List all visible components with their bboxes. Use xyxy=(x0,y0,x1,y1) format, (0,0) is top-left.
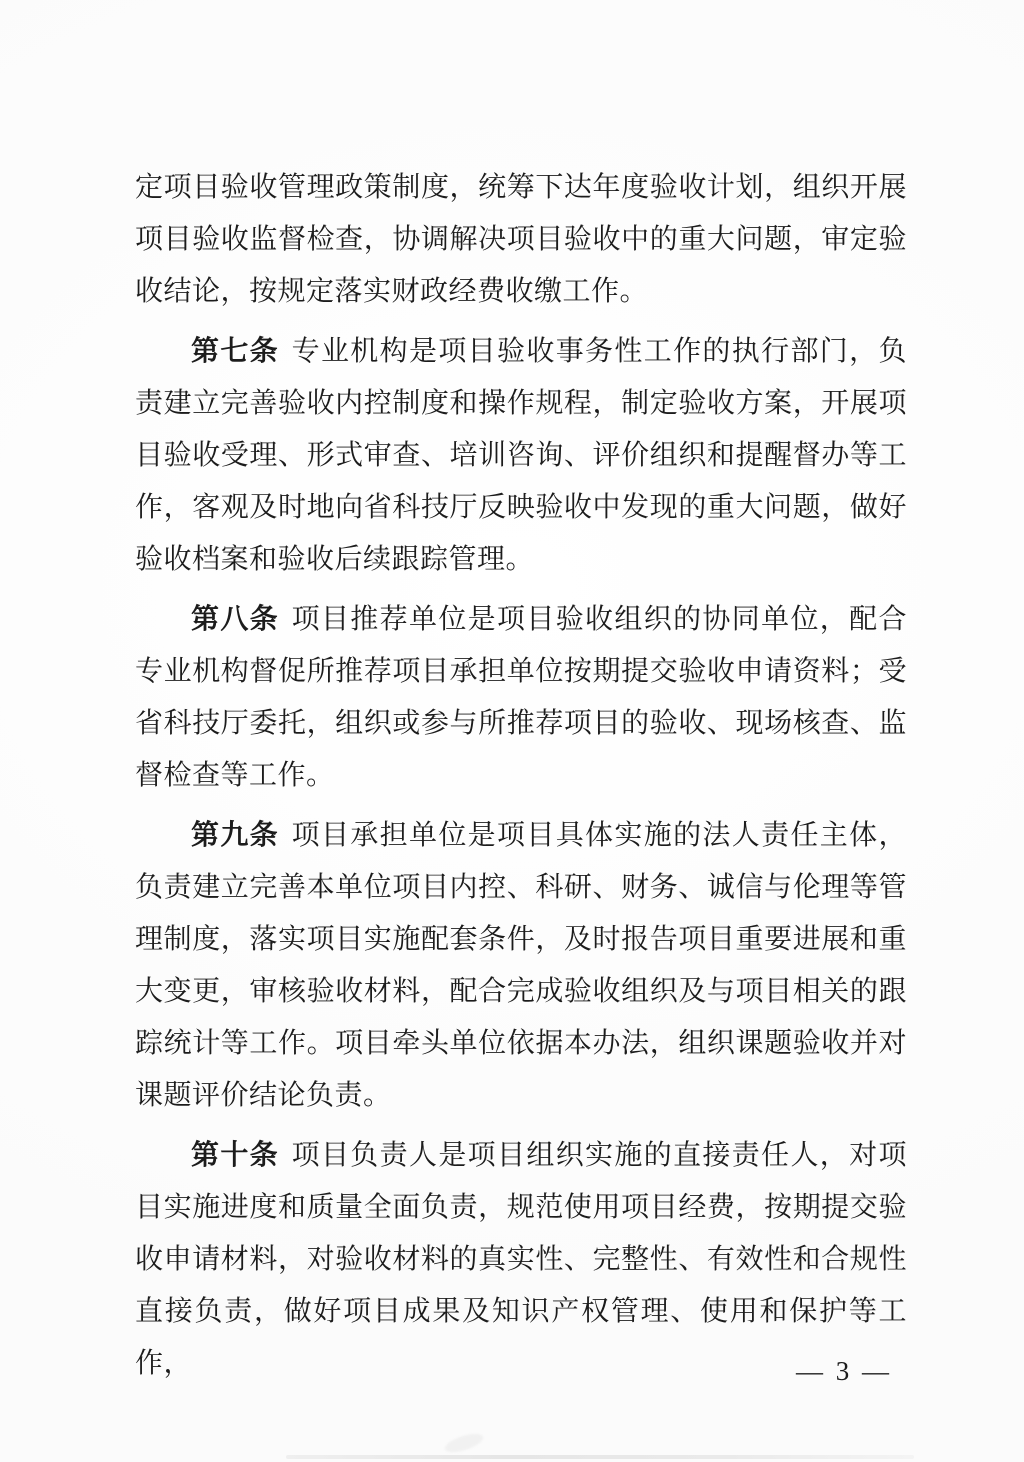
scan-smudge-artifact xyxy=(443,1430,485,1456)
document-body-text: 定项目验收管理政策制度，统筹下达年度验收计划，组织开展项目验收监督检查，协调解决… xyxy=(135,162,907,1398)
paragraph-article-9: 第九条项目承担单位是项目具体实施的法人责任主体，负责建立完善本单位项目内控、科研… xyxy=(135,810,907,1122)
article-7-term: 第七条 xyxy=(191,336,279,367)
paragraph-continuation: 定项目验收管理政策制度，统筹下达年度验收计划，组织开展项目验收监督检查，协调解决… xyxy=(135,162,907,318)
paragraph-article-7: 第七条专业机构是项目验收事务性工作的执行部门，负责建立完善验收内控制度和操作规程… xyxy=(135,326,907,586)
scan-edge-artifact xyxy=(286,1455,914,1459)
article-8-term: 第八条 xyxy=(191,604,279,635)
paragraph-text: 专业机构是项目验收事务性工作的执行部门，负责建立完善验收内控制度和操作规程，制定… xyxy=(135,336,907,575)
paragraph-article-8: 第八条项目推荐单位是项目验收组织的协同单位，配合专业机构督促所推荐项目承担单位按… xyxy=(135,594,907,802)
page-number: — 3 — xyxy=(796,1356,892,1387)
article-9-term: 第九条 xyxy=(191,820,279,851)
article-10-term: 第十条 xyxy=(191,1140,279,1171)
paragraph-text: 项目负责人是项目组织实施的直接责任人，对项目实施进度和质量全面负责，规范使用项目… xyxy=(135,1140,907,1379)
paragraph-text: 项目承担单位是项目具体实施的法人责任主体，负责建立完善本单位项目内控、科研、财务… xyxy=(135,820,907,1111)
paragraph-text: 定项目验收管理政策制度，统筹下达年度验收计划，组织开展项目验收监督检查，协调解决… xyxy=(135,172,907,307)
scanned-document-page: 定项目验收管理政策制度，统筹下达年度验收计划，组织开展项目验收监督检查，协调解决… xyxy=(0,0,1024,1462)
paragraph-article-10: 第十条项目负责人是项目组织实施的直接责任人，对项目实施进度和质量全面负责，规范使… xyxy=(135,1130,907,1390)
